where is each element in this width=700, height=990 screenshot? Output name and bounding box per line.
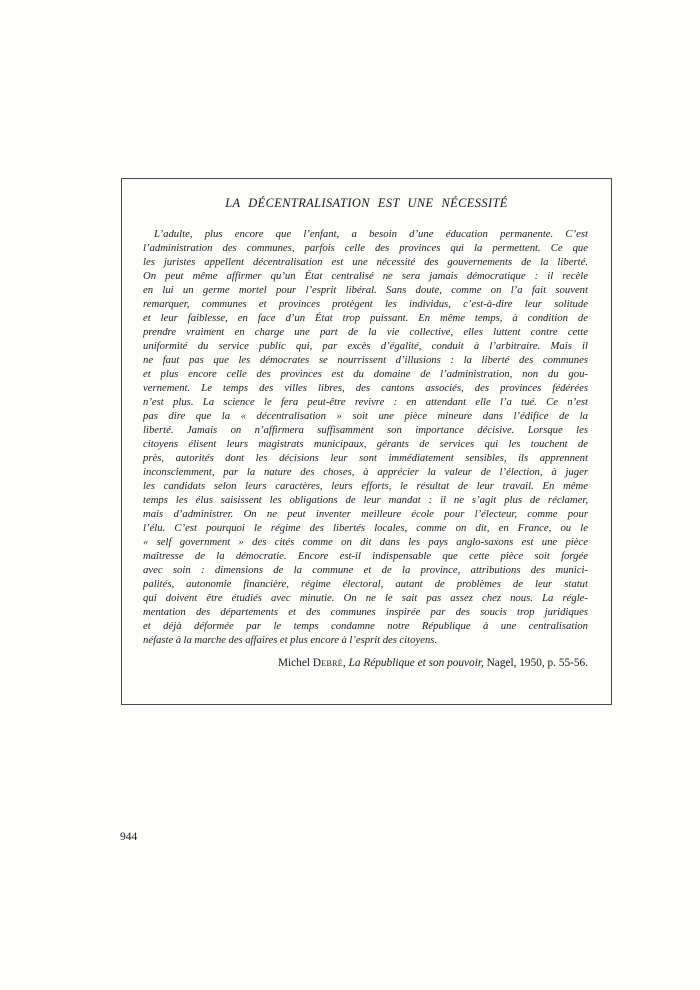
excerpt-title: LA DÉCENTRALISATION EST UNE NÉCESSITÉ [122, 196, 611, 211]
body-line: maîtresse de la démocratie. Encore est-i… [143, 549, 588, 563]
body-line: mais d’administrer. On ne peut inventer … [143, 507, 588, 521]
body-line: les candidats selon leurs caractères, le… [143, 479, 588, 493]
body-line: liberté. Jamais on n’affirmera suffisamm… [143, 423, 588, 437]
body-line: remarquer, communes et provinces protège… [143, 297, 588, 311]
body-line: qui doivent être étudiés avec minutie. O… [143, 591, 588, 605]
body-line: près, autorités dont les décisions leur … [143, 451, 588, 465]
body-line: et plus encore celle des provinces est d… [143, 367, 588, 381]
excerpt-body: L’adulte, plus encore que l’enfant, a be… [143, 227, 588, 647]
citation-author-first-name: Michel [278, 657, 313, 669]
body-line: n’est plus. La science le fera peut-être… [143, 395, 588, 409]
body-line: « self government » des cités comme on d… [143, 535, 588, 549]
body-line: vernement. Le temps des villes libres, d… [143, 381, 588, 395]
body-line: en lui un germe mortel pour l’esprit lib… [143, 283, 588, 297]
body-line: l’élu. C’est pourquoi le régime des libe… [143, 521, 588, 535]
body-line: palités, autonomie financière, régime él… [143, 577, 588, 591]
citation-author-last-name: Debré [313, 657, 343, 669]
body-line: pas dire que la « décentralisation » soi… [143, 409, 588, 423]
body-line: les juristes appellent décentralisation … [143, 255, 588, 269]
citation-work-title: La République et son pouvoir, [349, 657, 484, 669]
body-line: temps les élus saisissent les obligation… [143, 493, 588, 507]
body-line: citoyens élisent leurs magistrats munici… [143, 437, 588, 451]
body-line: néfaste à la marche des affaires et plus… [143, 633, 588, 647]
body-line: l’administration des communes, parfois c… [143, 241, 588, 255]
page-number: 944 [120, 831, 137, 843]
citation-line: Michel Debré, La République et son pouvo… [143, 656, 588, 670]
body-line: On peut même affirmer qu’un État central… [143, 269, 588, 283]
body-line: uniformité du service public qui, par ex… [143, 339, 588, 353]
body-line: L’adulte, plus encore que l’enfant, a be… [143, 227, 588, 241]
excerpt-box: LA DÉCENTRALISATION EST UNE NÉCESSITÉ L’… [121, 178, 612, 705]
scanned-book-page: LA DÉCENTRALISATION EST UNE NÉCESSITÉ L’… [0, 0, 700, 990]
citation-publisher-info: Nagel, 1950, p. 55-56. [484, 657, 588, 669]
body-line: mentation des départements et des commun… [143, 605, 588, 619]
body-line: prendre vraiment en charge une part de l… [143, 325, 588, 339]
body-line: et déjà déformée par le temps condamne n… [143, 619, 588, 633]
body-line: et leur faiblesse, en face d’un État tro… [143, 311, 588, 325]
body-line: avec soin : dimensions de la commune et … [143, 563, 588, 577]
body-line: ne faut pas que les démocrates se nourri… [143, 353, 588, 367]
body-line: inconsciemment, par la nature des choses… [143, 465, 588, 479]
